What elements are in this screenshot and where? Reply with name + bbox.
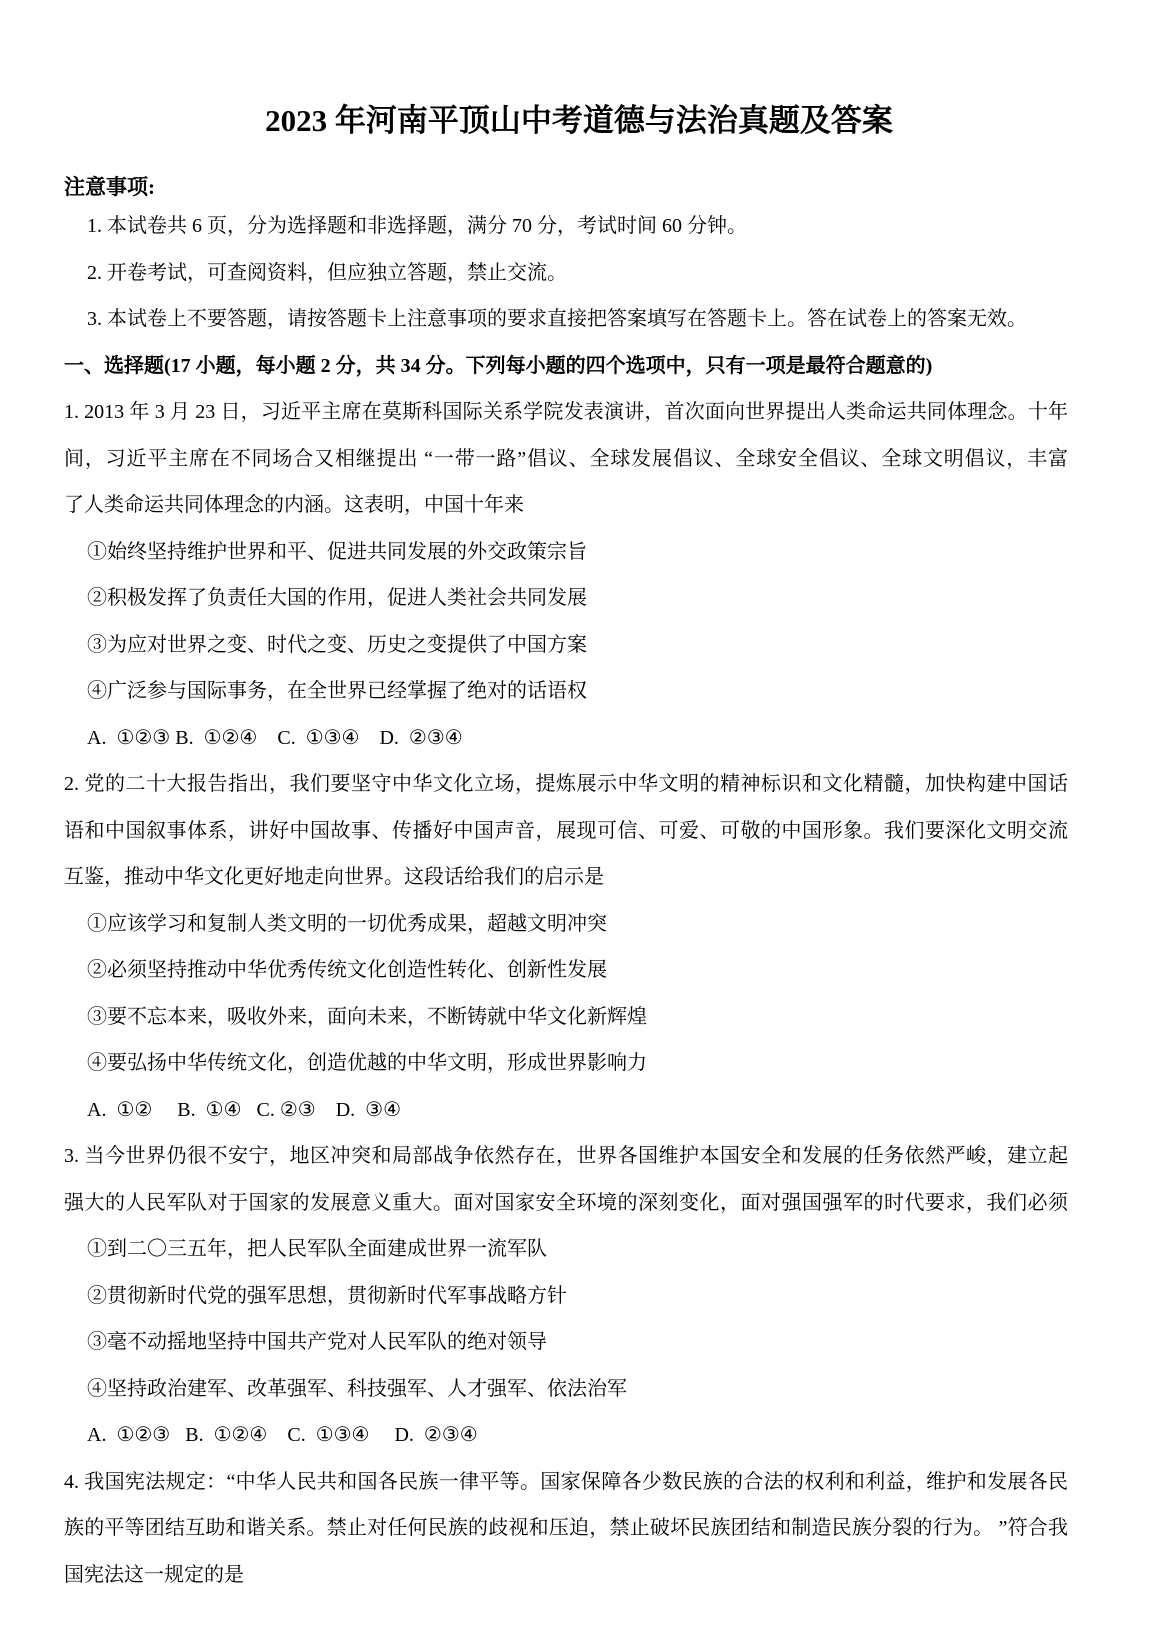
question-1-option-2: ②积极发挥了负责任大国的作用，促进人类社会共同发展	[64, 575, 1068, 622]
question-2-answer-choices: A. ①② B. ①④ C. ②③ D. ③④	[64, 1087, 1068, 1134]
question-2-stem-line-1: 2. 党的二十大报告指出，我们要坚守中华文化立场，提炼展示中华文明的精神标识和文…	[64, 761, 1068, 808]
question-3-option-3: ③毫不动摇地坚持中国共产党对人民军队的绝对领导	[64, 1319, 1068, 1366]
notice-item-2: 2. 开卷考试，可查阅资料，但应独立答题，禁止交流。	[64, 250, 1068, 297]
exam-document-page: 2023 年河南平顶山中考道德与法治真题及答案 注意事项: 1. 本试卷共 6 …	[0, 0, 1158, 1638]
question-1-stem-line-2: 间，习近平主席在不同场合又相继提出 “一带一路”倡议、全球发展倡议、全球安全倡议…	[64, 436, 1068, 483]
question-2-stem-line-2: 语和中国叙事体系，讲好中国故事、传播好中国声音，展现可信、可爱、可敬的中国形象。…	[64, 808, 1068, 855]
section-heading: 一、选择题(17 小题，每小题 2 分，共 34 分。下列每小题的四个选项中，只…	[64, 343, 1068, 390]
question-2-option-1: ①应该学习和复制人类文明的一切优秀成果，超越文明冲突	[64, 901, 1068, 948]
notice-heading: 注意事项:	[64, 171, 1068, 203]
question-1-option-1: ①始终坚持维护世界和平、促进共同发展的外交政策宗旨	[64, 529, 1068, 576]
question-3-option-4: ④坚持政治建军、改革强军、科技强军、人才强军、依法治军	[64, 1366, 1068, 1413]
exam-title: 2023 年河南平顶山中考道德与法治真题及答案	[0, 100, 1158, 142]
question-3-stem-line-1: 3. 当今世界仍很不安宁，地区冲突和局部战争依然存在，世界各国维护本国安全和发展…	[64, 1133, 1068, 1180]
question-2-option-4: ④要弘扬中华传统文化，创造优越的中华文明，形成世界影响力	[64, 1040, 1068, 1087]
question-2-stem-line-3: 互鉴，推动中华文化更好地走向世界。这段话给我们的启示是	[64, 854, 1068, 901]
notice-item-3: 3. 本试卷上不要答题，请按答题卡上注意事项的要求直接把答案填写在答题卡上。答在…	[64, 296, 1068, 343]
question-4-stem-line-3: 国宪法这一规定的是	[64, 1552, 1068, 1599]
notice-item-1: 1. 本试卷共 6 页，分为选择题和非选择题，满分 70 分，考试时间 60 分…	[64, 203, 1068, 250]
question-1-option-4: ④广泛参与国际事务，在全世界已经掌握了绝对的话语权	[64, 668, 1068, 715]
question-1-answer-choices: A. ①②③ B. ①②④ C. ①③④ D. ②③④	[64, 715, 1068, 762]
question-3-answer-choices: A. ①②③ B. ①②④ C. ①③④ D. ②③④	[64, 1412, 1068, 1459]
question-2-option-2: ②必须坚持推动中华优秀传统文化创造性转化、创新性发展	[64, 947, 1068, 994]
question-4-stem-line-2: 族的平等团结互助和谐关系。禁止对任何民族的歧视和压迫，禁止破坏民族团结和制造民族…	[64, 1505, 1068, 1552]
question-1-stem-line-1: 1. 2013 年 3 月 23 日，习近平主席在莫斯科国际关系学院发表演讲，首…	[64, 389, 1068, 436]
question-2-option-3: ③要不忘本来，吸收外来，面向未来，不断铸就中华文化新辉煌	[64, 994, 1068, 1041]
question-3-option-1: ①到二〇三五年，把人民军队全面建成世界一流军队	[64, 1226, 1068, 1273]
question-1-stem-line-3: 了人类命运共同体理念的内涵。这表明，中国十年来	[64, 482, 1068, 529]
question-3-option-2: ②贯彻新时代党的强军思想，贯彻新时代军事战略方针	[64, 1273, 1068, 1320]
question-4-stem-line-1: 4. 我国宪法规定：“中华人民共和国各民族一律平等。国家保障各少数民族的合法的权…	[64, 1459, 1068, 1506]
question-3-stem-line-2: 强大的人民军队对于国家的发展意义重大。面对国家安全环境的深刻变化，面对强国强军的…	[64, 1180, 1068, 1227]
question-1-option-3: ③为应对世界之变、时代之变、历史之变提供了中国方案	[64, 622, 1068, 669]
